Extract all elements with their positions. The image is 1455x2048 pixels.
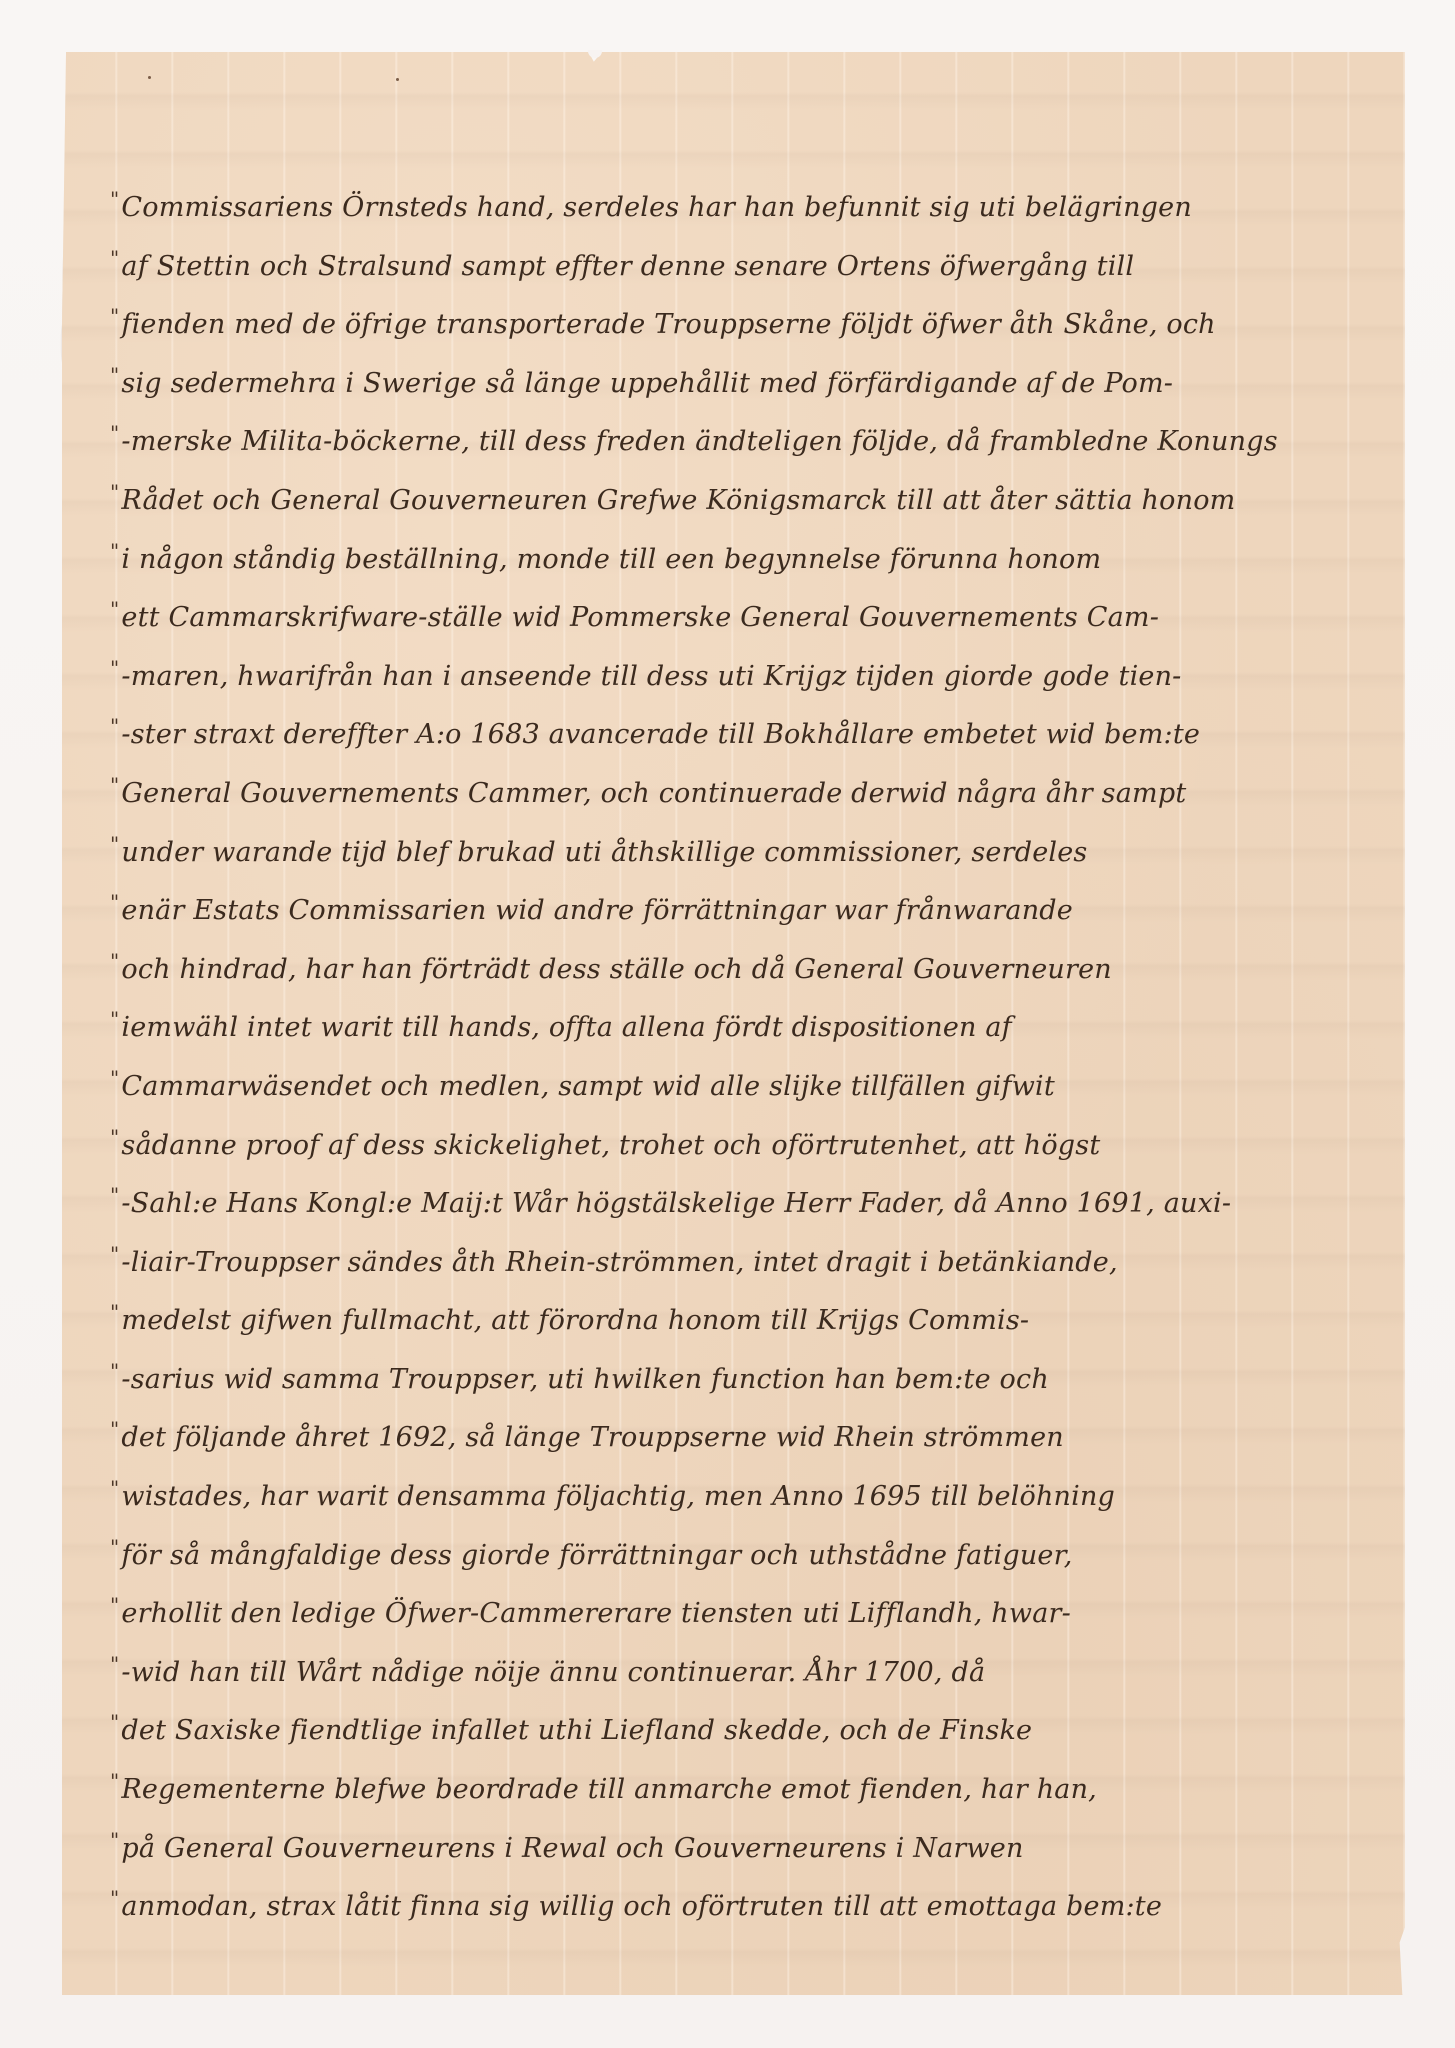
text-line: "-merske Milita-böckerne, till dess fred… [110, 404, 1400, 463]
text-line: "iemwähl intet warit till hands, offta a… [110, 990, 1400, 1049]
quotation-mark: " [110, 363, 119, 387]
text-line: "erhollit den ledige Öfwer-Cammererare t… [110, 1576, 1400, 1635]
text-line: "det Saxiske fiendtlige infallet uthi Li… [110, 1693, 1400, 1752]
text-line: "sådanne proof af dess skickelighet, tro… [110, 1108, 1400, 1167]
quotation-mark: " [110, 1769, 119, 1793]
line-text: Cammarwäsendet och medlen, sampt wid all… [121, 1071, 1054, 1102]
quotation-mark: " [110, 1886, 119, 1910]
quotation-mark: " [110, 187, 119, 211]
manuscript-page: "Commissariens Örnsteds hand, serdeles h… [62, 52, 1405, 1995]
text-line: "-sarius wid samma Trouppser, uti hwilke… [110, 1342, 1400, 1401]
quotation-mark: " [110, 1710, 119, 1734]
line-text: sig sedermehra i Swerige så länge uppehå… [121, 368, 1173, 399]
line-text: af Stettin och Stralsund sampt effter de… [121, 251, 1134, 282]
quotation-mark: " [110, 1066, 119, 1090]
quotation-mark: " [110, 539, 119, 563]
text-line: "Rådet och General Gouverneuren Grefwe K… [110, 463, 1400, 522]
line-text: i någon ståndig beställning, monde till … [121, 544, 1101, 575]
line-text: -liair-Trouppser sändes åth Rhein-strömm… [121, 1247, 1117, 1278]
line-text: Commissariens Örnsteds hand, serdeles ha… [121, 192, 1192, 223]
text-line: "på General Gouverneurens i Rewal och Go… [110, 1811, 1400, 1870]
quotation-mark: " [110, 1242, 119, 1266]
text-line: "för så mångfaldige dess giorde förrättn… [110, 1518, 1400, 1577]
line-text: -wid han till Wårt nådige nöije ännu con… [121, 1657, 985, 1688]
line-text: på General Gouverneurens i Rewal och Gou… [121, 1833, 1023, 1864]
line-text: fienden med de öfrige transporterade Tro… [121, 309, 1215, 340]
text-line: "i någon ståndig beställning, monde till… [110, 522, 1400, 581]
quotation-mark: " [110, 246, 119, 270]
line-text: sådanne proof af dess skickelighet, troh… [121, 1130, 1100, 1161]
text-line: "-ster straxt dereffter A:o 1683 avancer… [110, 697, 1400, 756]
quotation-mark: " [110, 1476, 119, 1500]
line-text: -maren, hwarifrån han i anseende till de… [121, 661, 1181, 692]
quotation-mark: " [110, 1183, 119, 1207]
text-line: "wistades, har warit densamma följachtig… [110, 1459, 1400, 1518]
quotation-mark: " [110, 890, 119, 914]
quotation-mark: " [110, 1535, 119, 1559]
quotation-mark: " [110, 1417, 119, 1441]
quotation-mark: " [110, 304, 119, 328]
line-text: medelst gifwen fullmacht, att förordna h… [121, 1305, 1029, 1336]
text-line: "General Gouvernements Cammer, och conti… [110, 756, 1400, 815]
paper-speck [148, 76, 151, 79]
text-line: "medelst gifwen fullmacht, att förordna … [110, 1283, 1400, 1342]
quotation-mark: " [110, 1593, 119, 1617]
text-line: "anmodan, strax låtit finna sig willig o… [110, 1869, 1400, 1928]
line-text: -ster straxt dereffter A:o 1683 avancera… [121, 719, 1200, 750]
quotation-mark: " [110, 597, 119, 621]
line-text: -Sahl:e Hans Kongl:e Maij:t Wår högstäls… [121, 1188, 1231, 1219]
quotation-mark: " [110, 714, 119, 738]
text-line: "och hindrad, har han förträdt dess stäl… [110, 932, 1400, 991]
quotation-mark: " [110, 832, 119, 856]
handwritten-text-block: "Commissariens Örnsteds hand, serdeles h… [110, 170, 1400, 1928]
quotation-mark: " [110, 1300, 119, 1324]
text-line: "fienden med de öfrige transporterade Tr… [110, 287, 1400, 346]
quotation-mark: " [110, 1007, 119, 1031]
line-text: General Gouvernements Cammer, och contin… [121, 778, 1186, 809]
quotation-mark: " [110, 1359, 119, 1383]
text-line: "Cammarwäsendet och medlen, sampt wid al… [110, 1049, 1400, 1108]
quotation-mark: " [110, 421, 119, 445]
quotation-mark: " [110, 1828, 119, 1852]
quotation-mark: " [110, 656, 119, 680]
quotation-mark: " [110, 773, 119, 797]
line-text: under warande tijd blef brukad uti åthsk… [121, 837, 1087, 868]
text-line: "-Sahl:e Hans Kongl:e Maij:t Wår högstäl… [110, 1166, 1400, 1225]
line-text: Rådet och General Gouverneuren Grefwe Kö… [121, 485, 1235, 516]
quotation-mark: " [110, 1125, 119, 1149]
line-text: -merske Milita-böckerne, till dess frede… [121, 426, 1277, 457]
line-text: wistades, har warit densamma följachtig,… [121, 1481, 1115, 1512]
line-text: Regementerne blefwe beordrade till anmar… [121, 1774, 1097, 1805]
text-line: "Regementerne blefwe beordrade till anma… [110, 1752, 1400, 1811]
quotation-mark: " [110, 949, 119, 973]
line-text: anmodan, strax låtit finna sig willig oc… [121, 1891, 1162, 1922]
line-text: -sarius wid samma Trouppser, uti hwilken… [121, 1364, 1049, 1395]
line-text: det Saxiske fiendtlige infallet uthi Lie… [121, 1715, 1032, 1746]
text-line: "-wid han till Wårt nådige nöije ännu co… [110, 1635, 1400, 1694]
line-text: ett Cammarskrifware-ställe wid Pommerske… [121, 602, 1159, 633]
quotation-mark: " [110, 480, 119, 504]
line-text: det följande åhret 1692, så länge Troupp… [121, 1422, 1063, 1453]
text-line: "-maren, hwarifrån han i anseende till d… [110, 639, 1400, 698]
text-line: "under warande tijd blef brukad uti åths… [110, 815, 1400, 874]
line-text: enär Estats Commissarien wid andre förrä… [121, 895, 1073, 926]
text-line: "af Stettin och Stralsund sampt effter d… [110, 229, 1400, 288]
text-line: "sig sedermehra i Swerige så länge uppeh… [110, 346, 1400, 405]
line-text: för så mångfaldige dess giorde förrättni… [121, 1540, 1072, 1571]
text-line: "Commissariens Örnsteds hand, serdeles h… [110, 170, 1400, 229]
text-line: "enär Estats Commissarien wid andre förr… [110, 873, 1400, 932]
paper-speck [396, 78, 399, 81]
text-line: "-liair-Trouppser sändes åth Rhein-ström… [110, 1225, 1400, 1284]
line-text: erhollit den ledige Öfwer-Cammererare ti… [121, 1598, 1071, 1629]
text-line: "det följande åhret 1692, så länge Troup… [110, 1400, 1400, 1459]
quotation-mark: " [110, 1652, 119, 1676]
line-text: iemwähl intet warit till hands, offta al… [121, 1012, 1011, 1043]
text-line: "ett Cammarskrifware-ställe wid Pommersk… [110, 580, 1400, 639]
line-text: och hindrad, har han förträdt dess ställ… [121, 954, 1111, 985]
